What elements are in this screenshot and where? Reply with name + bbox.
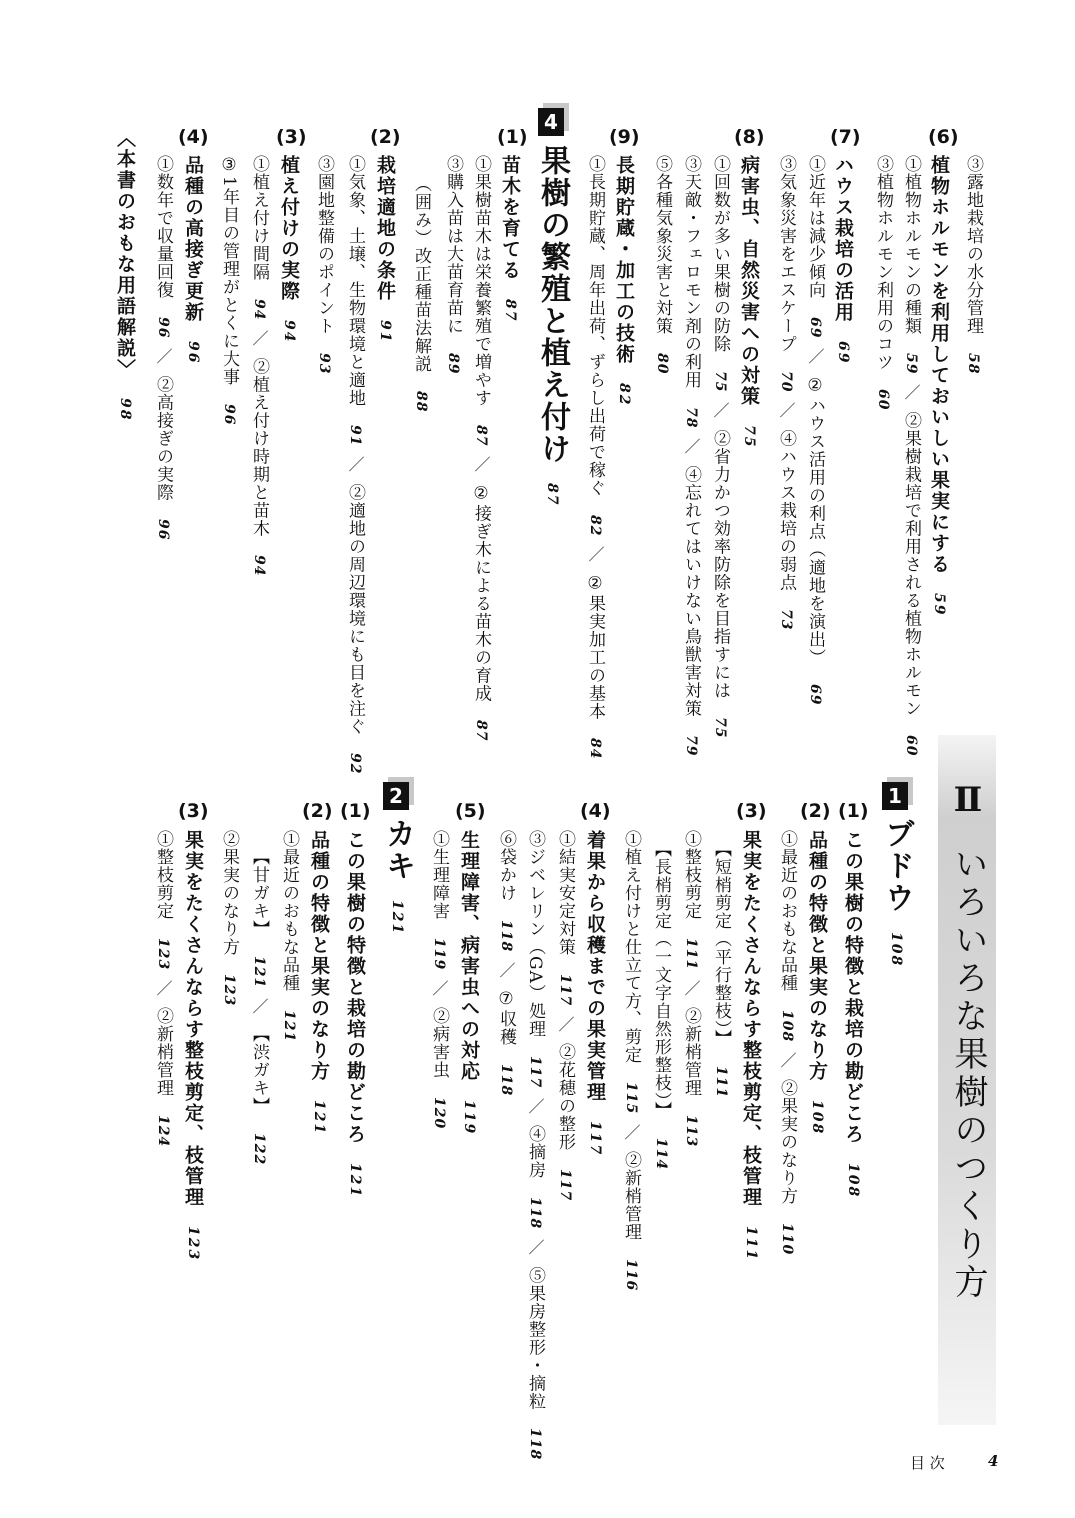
page-footer: 目 次 4 [910, 1452, 945, 1473]
item-label: ③1年目の管理がとくに大事 [219, 155, 239, 386]
section-number: (4) [178, 126, 209, 148]
chapter-heading[interactable]: カキ121 [380, 818, 414, 935]
section-heading[interactable]: ハウス栽培の活用69 [832, 155, 854, 364]
separator: ／ [804, 348, 826, 365]
item-label: ②新梢管理 [681, 1007, 701, 1097]
section-title: 品種の特徴と果実のなり方 [308, 830, 330, 1082]
page-number: 111 [740, 1226, 762, 1261]
item-label: 【甘ガキ】 [249, 848, 269, 938]
section-title: 〈本書のおもな用語解説〉 [114, 128, 136, 380]
page-number: 60 [872, 389, 894, 410]
chapter-badge: 4 [538, 108, 564, 136]
chapter-heading[interactable]: 果樹の繁殖と植え付け87 [535, 145, 569, 506]
item-label: ②果実加工の基本 [585, 573, 605, 720]
item-label: ②新梢管理 [153, 1007, 173, 1097]
item-label: ③園地整備のポイント [314, 155, 334, 335]
page-number: 78 [680, 407, 702, 428]
separator: ／ [495, 962, 517, 979]
item-label: ②接ぎ木による苗木の育成 [471, 483, 491, 702]
item-label: 【長梢剪定（一文字自然形整枝）】 [651, 840, 671, 1120]
page-number: 94 [248, 555, 270, 576]
section-title: ハウス栽培の活用 [832, 155, 854, 323]
toc-item-row[interactable]: ①近年は減少傾向69／②ハウス活用の利点（適地を演出）69 [804, 155, 826, 706]
page-number: 111 [710, 1066, 732, 1098]
section-title: 品種の高接ぎ更新 [182, 155, 204, 323]
item-label: ②果樹栽培で利用される植物ホルモン [901, 411, 921, 717]
page-number: 60 [900, 735, 922, 756]
section-number: (7) [830, 126, 861, 148]
chapter-badge: 2 [383, 782, 409, 810]
page-number: 98 [114, 398, 136, 421]
page-number: 108 [879, 932, 913, 967]
separator: ／ [584, 546, 606, 563]
separator: ／ [152, 348, 174, 365]
page-number: 123 [218, 974, 240, 1006]
page-number: 70 [775, 371, 797, 392]
item-label: ⑥袋かけ [496, 830, 516, 902]
item-label: 【短梢剪定（平行整枝）】 [711, 840, 731, 1048]
toc-item-row[interactable]: ①果樹苗木は栄養繁殖で増やす87／②接ぎ木による苗木の育成87 [470, 155, 492, 742]
page-number: 108 [842, 1163, 864, 1198]
section-number: (9) [609, 126, 640, 148]
section-heading[interactable]: 植物ホルモンを利用しておいしい果実にする59 [928, 155, 950, 616]
section-heading[interactable]: 果実をたくさんならす整枝剪定、枝管理123 [182, 830, 204, 1261]
section-title: 苗木を育てる [499, 155, 521, 281]
item-label: ①長期貯蔵、周年出荷、ずらし出荷で稼ぐ [585, 155, 605, 497]
page-number: 96 [152, 519, 174, 540]
page-number: 94 [248, 299, 270, 320]
section-title: 長期貯蔵・加工の技術 [613, 155, 635, 365]
separator: ／ [776, 1052, 798, 1069]
item-label: ③植物ホルモン利用のコツ [873, 155, 893, 371]
item-label: ②新梢管理 [621, 1151, 641, 1241]
separator: ／ [524, 1098, 546, 1115]
item-label: ②省力かつ効率防除を目指すには [710, 429, 730, 699]
page-number: 96 [182, 341, 204, 364]
page-number: 113 [680, 1115, 702, 1147]
page-number: 58 [962, 353, 984, 374]
item-label: ①気象、土壌、生物環境と適地 [345, 155, 365, 407]
item-label: ①整枝剪定 [153, 830, 173, 920]
page-number: 69 [832, 341, 854, 364]
section-title: 生理障害、病害虫への対応 [458, 830, 480, 1082]
page-number: 121 [248, 956, 270, 988]
page-number: 59 [900, 353, 922, 374]
item-label: ②ハウス活用の利点（適地を演出） [805, 375, 825, 666]
page-number: 96 [152, 317, 174, 338]
page-number: 88 [410, 391, 432, 412]
page-number: 123 [152, 938, 174, 970]
item-label: ①生理障害 [429, 830, 449, 920]
page-number: 108 [806, 1100, 828, 1135]
section-number: (2) [800, 800, 831, 822]
section-heading[interactable]: 生理障害、病害虫への対応119 [458, 830, 480, 1135]
page-number: 114 [650, 1138, 672, 1170]
item-label: ②植え付け時期と苗木 [249, 357, 269, 537]
page-number: 75 [738, 425, 760, 448]
toc-item-row[interactable]: ②果実のなり方123 [218, 830, 240, 1006]
section-heading[interactable]: 植え付けの実際94 [278, 155, 300, 343]
toc-item-row[interactable]: ①結実安定対策117／②花穂の整形117 [554, 830, 576, 1201]
item-label: ④摘房 [525, 1125, 545, 1179]
section-heading[interactable]: 栽培適地の条件91 [374, 155, 396, 343]
page-number: 87 [470, 720, 492, 741]
toc-item-row[interactable]: ①気象、土壌、生物環境と適地91／②適地の周辺環境にも目を注ぐ92 [344, 155, 366, 775]
chapter-title: 果樹の繁殖と植え付け [535, 145, 570, 465]
toc-item-row[interactable]: ①長期貯蔵、周年出荷、ずらし出荷で稼ぐ82／②果実加工の基本84 [584, 155, 606, 760]
page-number: 82 [584, 515, 606, 536]
page-number: 116 [620, 1259, 642, 1291]
page-number: 75 [709, 371, 731, 392]
item-label: ①最近のおもな品種 [279, 830, 299, 992]
section-heading[interactable]: この果樹の特徴と栽培の勘どころ108 [842, 830, 864, 1198]
section-number: (8) [734, 126, 765, 148]
section-title: 栽培適地の条件 [374, 155, 396, 302]
toc-item-row[interactable]: ①回数が多い果樹の防除75／②省力かつ効率防除を目指すには75 [709, 155, 731, 739]
separator: ／ [680, 438, 702, 455]
page-number: 75 [709, 717, 731, 738]
section-number: (3) [276, 126, 307, 148]
toc-item-row[interactable]: （囲み）改正種苗法解説88 [410, 175, 432, 412]
glossary-heading[interactable]: 〈本書のおもな用語解説〉98 [114, 128, 136, 421]
page-number: 93 [313, 353, 335, 374]
item-label: ①最近のおもな品種 [777, 830, 797, 992]
page-number: 119 [428, 938, 450, 970]
page-number: 121 [344, 1163, 366, 1198]
page-number: 91 [344, 425, 366, 446]
toc-item-row[interactable]: 【短梢剪定（平行整枝）】111 [710, 840, 732, 1098]
page-number: 121 [380, 900, 414, 935]
page-number: 123 [182, 1226, 204, 1261]
section-title: 果実をたくさんならす整枝剪定、枝管理 [740, 830, 762, 1208]
page-number: 94 [278, 320, 300, 343]
section-heading[interactable]: 品種の特徴と果実のなり方108 [806, 830, 828, 1135]
page-number: 82 [613, 383, 635, 406]
section-title: 品種の特徴と果実のなり方 [806, 830, 828, 1082]
chapter-badge: 1 [882, 782, 908, 810]
separator: ／ [900, 384, 922, 401]
separator: ／ [248, 998, 270, 1015]
toc-item-row[interactable]: ①整枝剪定111／②新梢管理113 [680, 830, 702, 1147]
item-label: ①植物ホルモンの種類 [901, 155, 921, 335]
toc-item-row[interactable]: ③植物ホルモン利用のコツ60 [872, 155, 894, 410]
section-number: (2) [302, 800, 333, 822]
section-number: (1) [340, 800, 371, 822]
page-number: 118 [495, 1064, 517, 1096]
section-heading[interactable]: 着果から収穫までの果実管理117 [584, 830, 606, 1156]
item-label: ③気象災害をエスケープ [776, 155, 796, 353]
page-number: 124 [152, 1115, 174, 1147]
separator: ／ [248, 330, 270, 347]
page-number: 92 [344, 753, 366, 774]
separator: ／ [709, 402, 731, 419]
page-number: 119 [458, 1100, 480, 1135]
item-label: （囲み）改正種苗法解説 [411, 175, 431, 373]
page-number: 96 [218, 404, 240, 425]
toc-item-row[interactable]: ③ジベレリン（GA）処理117／④摘房118／⑤果房整形・摘粒118 [524, 830, 546, 1461]
section-number: (1) [838, 800, 869, 822]
page-number: 84 [584, 738, 606, 759]
section-heading[interactable]: 病害虫、自然災害への対策75 [738, 155, 760, 448]
toc-item-row[interactable]: ①数年で収量回復96／②高接ぎの実際96 [152, 155, 174, 541]
item-label: ①果樹苗木は栄養繁殖で増やす [471, 155, 491, 407]
page-number: 87 [470, 425, 492, 446]
page-number: 69 [804, 684, 826, 705]
section-heading[interactable]: 品種の高接ぎ更新96 [182, 155, 204, 364]
item-label: ①回数が多い果樹の防除 [710, 155, 730, 353]
section-title: この果樹の特徴と栽培の勘どころ [344, 830, 366, 1145]
part-heading[interactable]: Ⅱいろいろな果樹のつくり方 [944, 780, 993, 1302]
part-number: Ⅱ [948, 780, 988, 824]
separator: ／ [620, 1124, 642, 1141]
separator: ／ [470, 456, 492, 473]
page-number: 59 [928, 593, 950, 616]
item-label: ④ハウス栽培の弱点 [776, 429, 796, 591]
item-label: ①植え付け間隔 [249, 155, 269, 281]
item-label: ②花穂の整形 [555, 1043, 575, 1151]
separator: ／ [680, 980, 702, 997]
chapter-title: ブドウ [879, 818, 914, 914]
toc-item-row[interactable]: ⑤各種気象災害と対策80 [651, 155, 673, 374]
page-number: 73 [775, 609, 797, 630]
section-number: (3) [736, 800, 767, 822]
page-number: 87 [499, 299, 521, 322]
page-number: 89 [442, 353, 464, 374]
item-label: ②果実のなり方 [219, 830, 239, 956]
separator: ／ [775, 402, 797, 419]
toc-item-row[interactable]: ③園地整備のポイント93 [313, 155, 335, 374]
page-number: 121 [308, 1100, 330, 1135]
section-number: (5) [455, 800, 486, 822]
item-label: ①植え付けと仕立て方、剪定 [621, 830, 641, 1064]
separator: ／ [554, 1016, 576, 1033]
item-label: ⑦収穫 [496, 989, 516, 1046]
item-label: ②適地の周辺環境にも目を注ぐ [345, 483, 365, 735]
item-label: ①近年は減少傾向 [805, 155, 825, 299]
page-number: 4 [988, 1452, 998, 1470]
toc-item-row[interactable]: 【長梢剪定（一文字自然形整枝）】114 [650, 840, 672, 1170]
page-number: 122 [248, 1133, 270, 1165]
page-number: 117 [554, 1169, 576, 1201]
toc-item-row[interactable]: 【甘ガキ】121／【渋ガキ】122 [248, 848, 270, 1165]
section-title: この果樹の特徴と栽培の勘どころ [842, 830, 864, 1145]
item-label: 【渋ガキ】 [249, 1025, 269, 1115]
item-label: ③ジベレリン（GA）処理 [525, 830, 545, 1038]
item-label: ①整枝剪定 [681, 830, 701, 920]
page-number: 115 [620, 1082, 642, 1114]
item-label: ⑤果房整形・摘粒 [525, 1266, 545, 1410]
toc-item-row[interactable]: ③天敵・フェロモン剤の利用78／④忘れてはいけない鳥獣害対策79 [680, 155, 702, 757]
item-label: ②高接ぎの実際 [153, 375, 173, 501]
separator: ／ [524, 1239, 546, 1256]
section-heading[interactable]: 長期貯蔵・加工の技術82 [613, 155, 635, 406]
item-label: ②果実のなり方 [777, 1079, 797, 1205]
page-number: 118 [524, 1197, 546, 1229]
section-number: (2) [370, 126, 401, 148]
page-number: 110 [776, 1223, 798, 1255]
item-label: ⑤各種気象災害と対策 [652, 155, 672, 335]
page-number: 118 [495, 920, 517, 952]
toc-item-row[interactable]: ①植え付けと仕立て方、剪定115／②新梢管理116 [620, 830, 642, 1291]
page-number: 117 [584, 1121, 606, 1156]
toc-item-row[interactable]: ①生理障害119／②病害虫120 [428, 830, 450, 1129]
page-number: 91 [374, 320, 396, 343]
page-number: 108 [776, 1010, 798, 1042]
page-number: 120 [428, 1097, 450, 1129]
item-label: ③天敵・フェロモン剤の利用 [681, 155, 701, 389]
item-label: ③露地栽培の水分管理 [963, 155, 983, 335]
toc-item-row[interactable]: ①最近のおもな品種121 [278, 830, 300, 1042]
toc-item-row[interactable]: ③購入苗は大苗育苗に89 [442, 155, 464, 374]
toc-item-row[interactable]: ⑥袋かけ118／⑦収穫118 [495, 830, 517, 1096]
footer-label: 目 次 [910, 1454, 945, 1472]
item-label: ①数年で収量回復 [153, 155, 173, 299]
section-title: 果実をたくさんならす整枝剪定、枝管理 [182, 830, 204, 1208]
toc-item-row[interactable]: ①整枝剪定123／②新梢管理124 [152, 830, 174, 1147]
toc-item-row[interactable]: ①植物ホルモンの種類59／②果樹栽培で利用される植物ホルモン60 [900, 155, 922, 757]
chapter-title: カキ [380, 818, 415, 882]
page-number: 69 [804, 317, 826, 338]
item-label: ④忘れてはいけない鳥獣害対策 [681, 465, 701, 717]
toc-item[interactable]: ③露地栽培の水分管理58 [962, 155, 984, 374]
page-number: 111 [680, 938, 702, 970]
section-title: 植物ホルモンを利用しておいしい果実にする [928, 155, 950, 575]
separator: ／ [344, 456, 366, 473]
item-label: ①結実安定対策 [555, 830, 575, 956]
page-number: 79 [680, 735, 702, 756]
section-number: (6) [928, 126, 959, 148]
toc-item-row[interactable]: ③気象災害をエスケープ70／④ハウス栽培の弱点73 [775, 155, 797, 631]
section-title: 着果から収穫までの果実管理 [584, 830, 606, 1103]
page-number: 121 [278, 1010, 300, 1042]
toc-item-row[interactable]: ①植え付け間隔94／②植え付け時期と苗木94 [248, 155, 270, 577]
section-heading[interactable]: 苗木を育てる87 [499, 155, 521, 322]
item-label: ②病害虫 [429, 1007, 449, 1079]
item-label: ③購入苗は大苗育苗に [443, 155, 463, 335]
part-title: いろいろな果樹のつくり方 [948, 846, 988, 1302]
page-number: 80 [651, 353, 673, 374]
page-number: 87 [535, 483, 569, 506]
section-number: (1) [497, 126, 528, 148]
section-heading[interactable]: 果実をたくさんならす整枝剪定、枝管理111 [740, 830, 762, 1261]
section-number: (4) [580, 800, 611, 822]
toc-item-row[interactable]: ③1年目の管理がとくに大事96 [218, 155, 240, 425]
section-heading[interactable]: この果樹の特徴と栽培の勘どころ121 [344, 830, 366, 1198]
section-number: (3) [178, 800, 209, 822]
section-heading[interactable]: 品種の特徴と果実のなり方121 [308, 830, 330, 1135]
separator: ／ [152, 980, 174, 997]
page-number: 117 [554, 974, 576, 1006]
section-title: 植え付けの実際 [278, 155, 300, 302]
toc-item-row[interactable]: ①最近のおもな品種108／②果実のなり方110 [776, 830, 798, 1255]
chapter-heading[interactable]: ブドウ108 [879, 818, 913, 967]
page-number: 117 [524, 1056, 546, 1088]
section-title: 病害虫、自然災害への対策 [738, 155, 760, 407]
page-number: 118 [524, 1428, 546, 1460]
separator: ／ [428, 980, 450, 997]
